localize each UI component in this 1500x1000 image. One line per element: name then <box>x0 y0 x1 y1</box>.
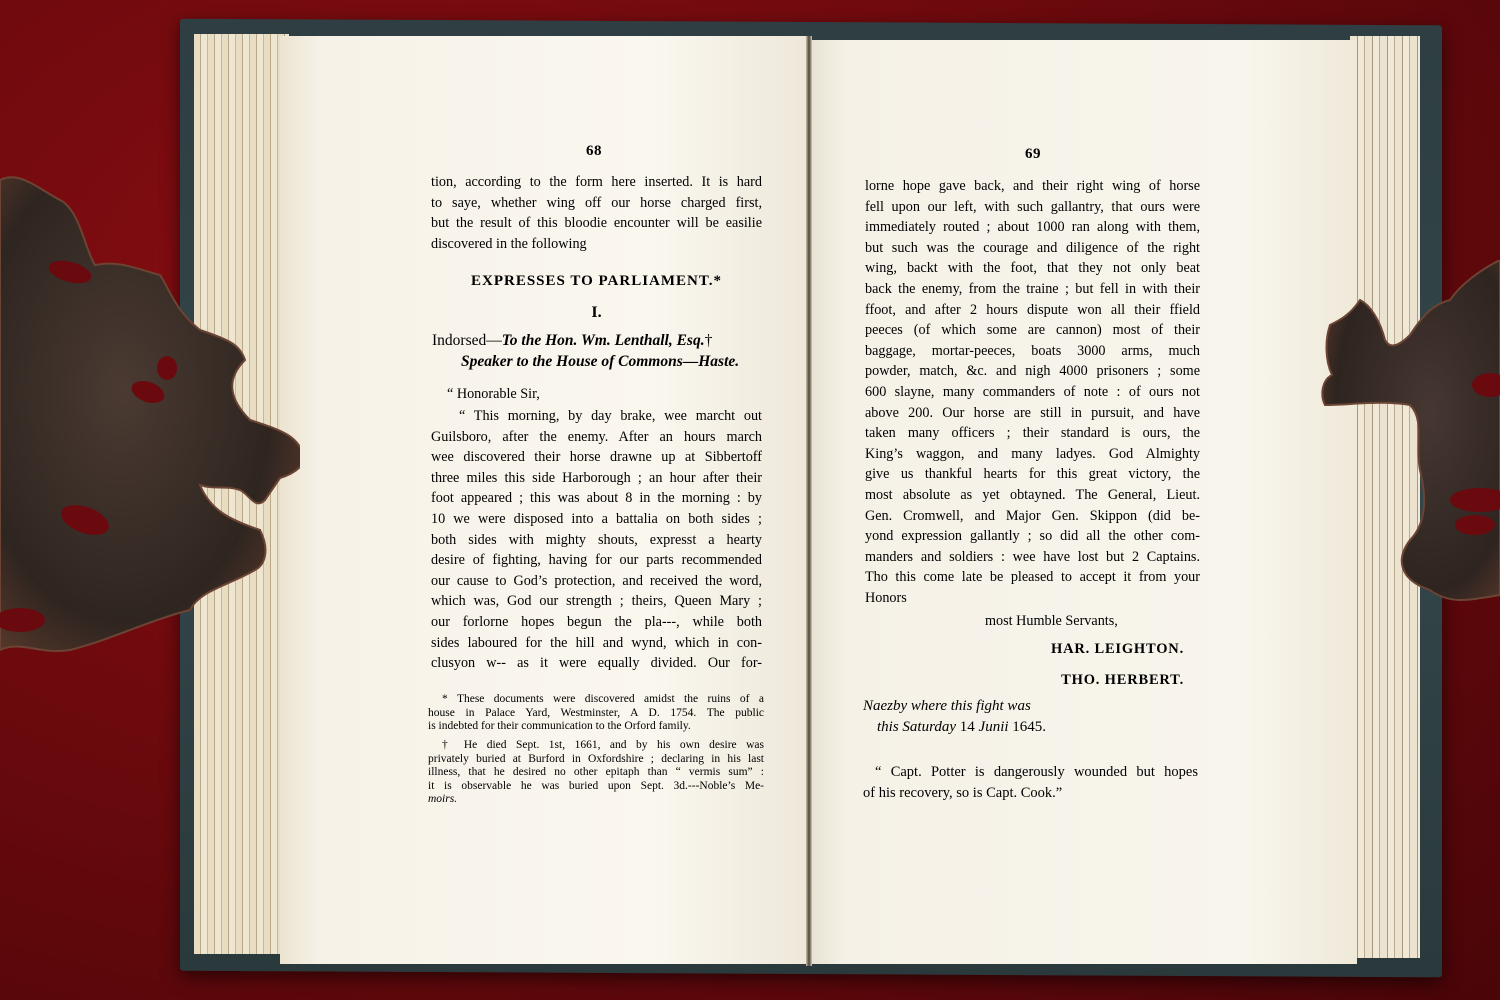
date-year: 1645. <box>1012 719 1046 735</box>
text-line: desire of fighting, having for our parts… <box>431 550 762 571</box>
footnote-line: it is observable he was buried upon Sept… <box>428 780 764 794</box>
text-line: ffoot, and after 2 hours dispute won all… <box>865 300 1200 321</box>
text-line: three miles this side Harborough ; an ho… <box>431 468 762 489</box>
text-line: lorne hope gave back, and their right wi… <box>865 176 1200 197</box>
place-line-1: Naezby where this fight was <box>863 696 1031 717</box>
text-line: powder, match, &c. and nigh 4000 prisone… <box>865 361 1200 382</box>
text-line: baggage, mortar-peeces, boats 3000 arms,… <box>865 341 1200 362</box>
indorsed-addressee: To the Hon. Wm. Lenthall, Esq. <box>502 332 705 349</box>
text-line: Tho this come late be pleased to accept … <box>865 567 1200 588</box>
footnote-line: house in Palace Yard, Westminster, A D. … <box>428 707 764 721</box>
text-line: but the result of this bloodie encounter… <box>431 213 762 234</box>
text-line: King’s waggon, and many ladyes. God Almi… <box>865 444 1200 465</box>
text-line: “ This morning, by day brake, wee marcht… <box>431 406 762 427</box>
footnote-dagger: † He died Sept. 1st, 1661, and by his ow… <box>428 739 764 807</box>
text-line: “ Capt. Potter is dangerously wounded bu… <box>863 762 1198 783</box>
left-page-weight-icon <box>0 170 300 670</box>
salutation: “ Honorable Sir, <box>447 384 767 405</box>
section-number: I. <box>431 303 762 324</box>
footnote-line: privately buried at Burford in Oxfordshi… <box>428 753 764 767</box>
footnote-line: is indebted for their communication to t… <box>428 720 764 734</box>
text-line: but such was the courage and diligence o… <box>865 238 1200 259</box>
text-line: 10 we were disposed into a battalia on b… <box>431 509 762 530</box>
footnote-line: † He died Sept. 1st, 1661, and by his ow… <box>428 739 764 753</box>
indorsed-prefix: Indorsed— <box>432 332 502 349</box>
text-line: manders and soldiers : wee have lost but… <box>865 547 1200 568</box>
text-line: most absolute as yet obtayned. The Gener… <box>865 485 1200 506</box>
text-line: which was, God our strength ; theirs, Qu… <box>431 591 762 612</box>
text-line: fell upon our left, with such gallantry,… <box>865 197 1200 218</box>
text-line: discovered in the following <box>431 234 762 255</box>
text-line: foot appeared ; this was about 8 in the … <box>431 488 762 509</box>
text-line: 600 slayne, many commanders of note : of… <box>865 382 1200 403</box>
signature-herbert: THO. HERBERT. <box>1000 670 1184 691</box>
place-line-2: this Saturday 14 Junii 1645. <box>877 717 1046 738</box>
dagger-mark: † <box>705 332 713 349</box>
letter-body-left: “ This morning, by day brake, wee marcht… <box>431 406 762 674</box>
page-number-right: 69 <box>1025 146 1041 163</box>
text-line: sides laboured for the hill and wynd, wh… <box>431 633 762 654</box>
text-line: wing, backt with the foot, that they not… <box>865 258 1200 279</box>
text-line: wee discovered their horse drawne up at … <box>431 447 762 468</box>
footnote-line: moirs. <box>428 793 764 807</box>
text-line: our cause to God’s protection, and recei… <box>431 571 762 592</box>
text-line: Gen. Cromwell, and Major Gen. Skippon (d… <box>865 506 1200 527</box>
closing-line: most Humble Servants, <box>985 611 1118 632</box>
footnote-asterisk: * These documents were discovered amidst… <box>428 693 764 734</box>
right-page-weight-icon <box>1310 260 1500 620</box>
text-line: tion, according to the form here inserte… <box>431 172 762 193</box>
postscript: “ Capt. Potter is dangerously wounded bu… <box>863 762 1198 803</box>
text-line: above 200. Our horse are still in pursui… <box>865 403 1200 424</box>
text-line: both sides with mighty shouts, expresst … <box>431 530 762 551</box>
date-month: Junii <box>979 719 1009 735</box>
text-line: to saye, whether wing off our horse char… <box>431 193 762 214</box>
text-line: our forlorne hopes begun the pla---, whi… <box>431 612 762 633</box>
text-line: back the enemy, from the traine ; but fe… <box>865 279 1200 300</box>
text-line: clusyon w-- as it were equally divided. … <box>431 653 762 674</box>
text-line: immediately routed ; about 1000 ran alon… <box>865 217 1200 238</box>
signature-leighton: HAR. LEIGHTON. <box>1000 639 1184 660</box>
left-opening-paragraph: tion, according to the form here inserte… <box>431 172 762 254</box>
text-line: of his recovery, so is Capt. Cook.” <box>863 783 1198 804</box>
indorsement: Indorsed—To the Hon. Wm. Lenthall, Esq.†… <box>432 331 767 372</box>
text-line: peeces (of which some are cannon) most o… <box>865 320 1200 341</box>
text-line: taken many officers ; their standard is … <box>865 423 1200 444</box>
text-line: Honors <box>865 588 1200 609</box>
page-number-left: 68 <box>586 143 602 160</box>
day-name: this Saturday <box>877 719 956 735</box>
footnote-line: illness, that he desired no other epitap… <box>428 766 764 780</box>
text-line: give us thankful hearts for this great v… <box>865 464 1200 485</box>
text-line: yond expression gallantly ; so did all t… <box>865 526 1200 547</box>
footnote-line: * These documents were discovered amidst… <box>428 693 764 707</box>
letter-body-right: lorne hope gave back, and their right wi… <box>865 176 1200 608</box>
text-line: Guilsboro, after the enemy. After an hou… <box>431 427 762 448</box>
date-day: 14 <box>960 719 975 735</box>
section-heading: EXPRESSES TO PARLIAMENT.* <box>431 271 762 292</box>
place-text: Naezby where this fight was <box>863 698 1031 714</box>
indorsed-title: Speaker to the House of Commons—Haste. <box>461 353 739 370</box>
